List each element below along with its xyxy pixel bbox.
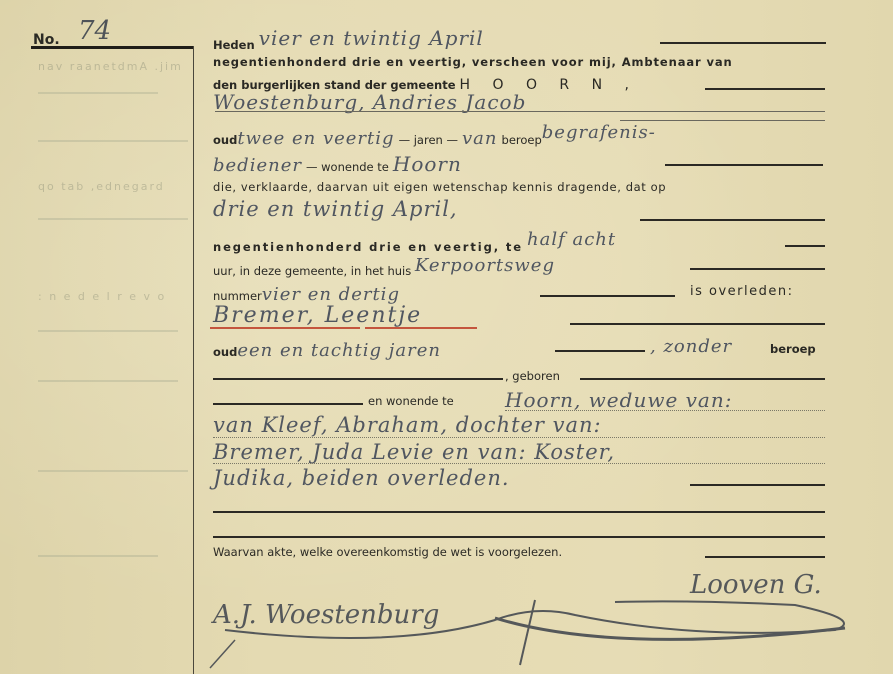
fill-rule (570, 323, 825, 325)
fill-rule (660, 42, 826, 44)
printed-geboren: , geboren (505, 369, 560, 383)
printed-text: oud (213, 345, 237, 359)
declarant-residence: Hoorn (393, 152, 462, 176)
printed-text: Heden (213, 38, 255, 52)
line-time-of-death: negentienhonderd drie en veertig, te hal… (213, 235, 616, 256)
date-of-death: drie en twintig April, (213, 197, 458, 221)
declarant-occupation: begrafenis- (542, 122, 656, 143)
red-underline-surname (210, 327, 360, 329)
fill-rule (213, 536, 825, 538)
red-underline-given-name (365, 327, 477, 329)
line-house-number: nummervier en dertig (213, 284, 400, 305)
deceased-age: een en tachtig jaren (237, 340, 441, 361)
fill-rule (690, 484, 825, 486)
deceased-name: Bremer, Leentje (213, 303, 422, 328)
signature-declarant: A.J. Woestenburg (213, 600, 439, 630)
printed-text: nummer (213, 289, 262, 303)
ghost-print: nav raanetdmA .jim (38, 60, 183, 73)
printed-text: oud (213, 133, 237, 147)
spouse-and-father: van Kleef, Abraham, dochter van: (213, 413, 602, 437)
printed-wonende: en wonende te (368, 394, 454, 408)
fill-rule (620, 120, 825, 121)
printed-text: uur, in deze gemeente, in het huis (213, 264, 411, 278)
mother-and-status: Judika, beiden overleden. (213, 466, 510, 490)
fill-rule (540, 295, 675, 297)
printed-text: — jaren — (399, 133, 458, 147)
ghost-rule (38, 555, 158, 557)
parents: Bremer, Juda Levie en van: Koster, (213, 440, 615, 464)
line-house: uur, in deze gemeente, in het huis Kerpo… (213, 259, 555, 280)
declarant-age: twee en veertig (237, 128, 394, 149)
ghost-rule (38, 92, 158, 94)
ghost-print: qo tab ,ednegard (38, 180, 165, 193)
header-rule (31, 46, 193, 49)
line-declarant-age-occupation: oudtwee en veertig — jaren — van beroepb… (213, 128, 656, 149)
fill-rule (640, 219, 825, 221)
fill-rule (705, 88, 825, 90)
signature-registrar: Looven G. (690, 570, 822, 600)
printed-text: — wonende te (306, 160, 389, 174)
closing-statement: Waarvan akte, welke overeenkomstig de we… (213, 545, 562, 559)
ghost-rule (38, 380, 178, 382)
house-number: vier en dertig (262, 284, 400, 305)
margin-rule (193, 46, 194, 674)
ghost-rule (38, 218, 188, 220)
fill-rule (213, 378, 503, 380)
line-date-of-declaration: Heden vier en twintig April (213, 30, 484, 54)
dotted-rule (213, 437, 825, 438)
printed-beroep: beroep (770, 342, 816, 356)
line-deceased-age: oudeen en tachtig jaren (213, 340, 441, 361)
line-year-registrar: negentienhonderd drie en veertig, versch… (213, 55, 733, 69)
dotted-rule (505, 410, 825, 411)
record-number: 74 (78, 16, 111, 46)
fill-rule (785, 245, 825, 247)
fill-rule (213, 511, 825, 513)
deceased-residence-widow: Hoorn, weduwe van: (505, 388, 732, 412)
fill-rule (215, 111, 825, 112)
ghost-rule (38, 470, 188, 472)
fill-rule (213, 403, 363, 405)
ghost-rule (38, 330, 178, 332)
fill-rule (690, 268, 825, 270)
handwritten-van: van (462, 128, 498, 149)
line-declaration: die, verklaarde, daarvan uit eigen weten… (213, 180, 666, 194)
ghost-print: : n e d e l r e v o (38, 290, 166, 303)
printed-text: beroep (502, 133, 542, 147)
dotted-rule (213, 463, 825, 464)
fill-rule (580, 378, 825, 380)
fill-rule (705, 556, 825, 558)
printed-text: negentienhonderd drie en veertig, te (213, 240, 523, 254)
ghost-rule (38, 140, 188, 142)
deceased-occupation: , zonder (650, 336, 732, 357)
document-page: nav raanetdmA .jim qo tab ,ednegard : n … (0, 0, 893, 674)
printed-overleden: is overleden: (690, 284, 794, 299)
street-name: Kerpoortsweg (415, 255, 555, 276)
handwritten-declaration-date: vier en twintig April (259, 26, 484, 50)
line-declarant-residence: bediener — wonende te Hoorn (213, 152, 462, 176)
time-of-death: half acht (527, 229, 616, 250)
declarant-occupation-cont: bediener (213, 155, 302, 176)
fill-rule (665, 164, 823, 166)
fill-rule (555, 350, 645, 352)
